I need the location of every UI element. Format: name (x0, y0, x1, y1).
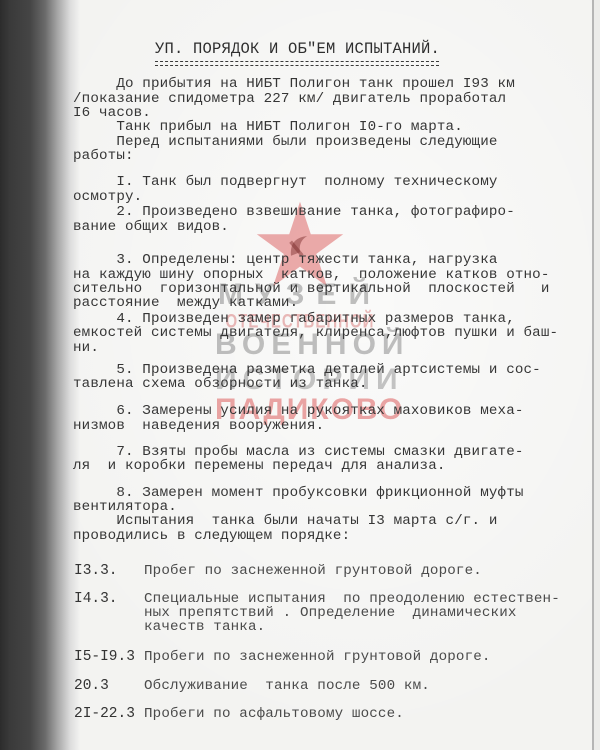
list-item-line: тавлена схема обзорности из танка. (73, 376, 368, 392)
schedule-date: I3.3. (74, 563, 118, 579)
schedule-entry-line: качеств танка. (144, 619, 265, 635)
schedule-entry-line: Пробег по заснеженной грунтовой дороге. (144, 563, 482, 579)
list-item-line: ля и коробки перемены передач для анализ… (73, 458, 446, 474)
list-item-line: емкостей системы двигателя, клиренса,люф… (73, 325, 558, 341)
list-item-line: ни. (73, 340, 99, 356)
schedule-entry-line: Пробеги по асфальтовому шоссе. (144, 706, 404, 722)
list-item-line: расстояние между катками. (73, 295, 298, 311)
list-item-line: 3. Определены: центр тяжести танка, нагр… (73, 252, 498, 268)
intro-line: До прибытия на НИБТ Полигон танк прошел … (73, 76, 515, 92)
schedule-date: I4.3. (74, 591, 118, 607)
schedule-entry-line: Пробеги по заснеженной грунтовой дороге. (144, 649, 491, 665)
intro-line: работы: (73, 148, 134, 164)
list-item-line: 2. Произведено взвешивание танка, фотогр… (73, 204, 515, 220)
section-title: УП. ПОРЯДОК И ОБ"ЕМ ИСПЫТАНИЙ. (155, 40, 440, 58)
intro-line: Перед испытаниями были произведены следу… (73, 134, 498, 150)
list-item-line: 6. Замерены усилия на рукоятках маховико… (73, 403, 524, 419)
schedule-date: 2I-22.3 (74, 706, 135, 722)
list-item-line: вание общих видов. (73, 219, 229, 235)
list-item-line: осмотру. (73, 189, 142, 205)
schedule-entry-line: Обслуживание танка после 500 км. (144, 678, 430, 694)
title-double-underline (155, 61, 439, 66)
intro-line: Танк прибыл на НИБТ Полигон I0-го марта. (73, 119, 463, 135)
page-margin-right (594, 0, 600, 750)
schedule-date: 20.3 (74, 678, 109, 694)
scan-shadow-left (0, 0, 80, 750)
list-item-line: I. Танк был подвергнут полному техническ… (73, 174, 498, 190)
list-item-line: низмов наведения вооружения. (73, 418, 324, 434)
trials-intro-line: Испытания танка были начаты I3 марта с/г… (73, 513, 498, 529)
schedule-date: I5-I9.3 (74, 649, 135, 665)
trials-intro-line: проводились в следующем порядке: (73, 528, 350, 544)
